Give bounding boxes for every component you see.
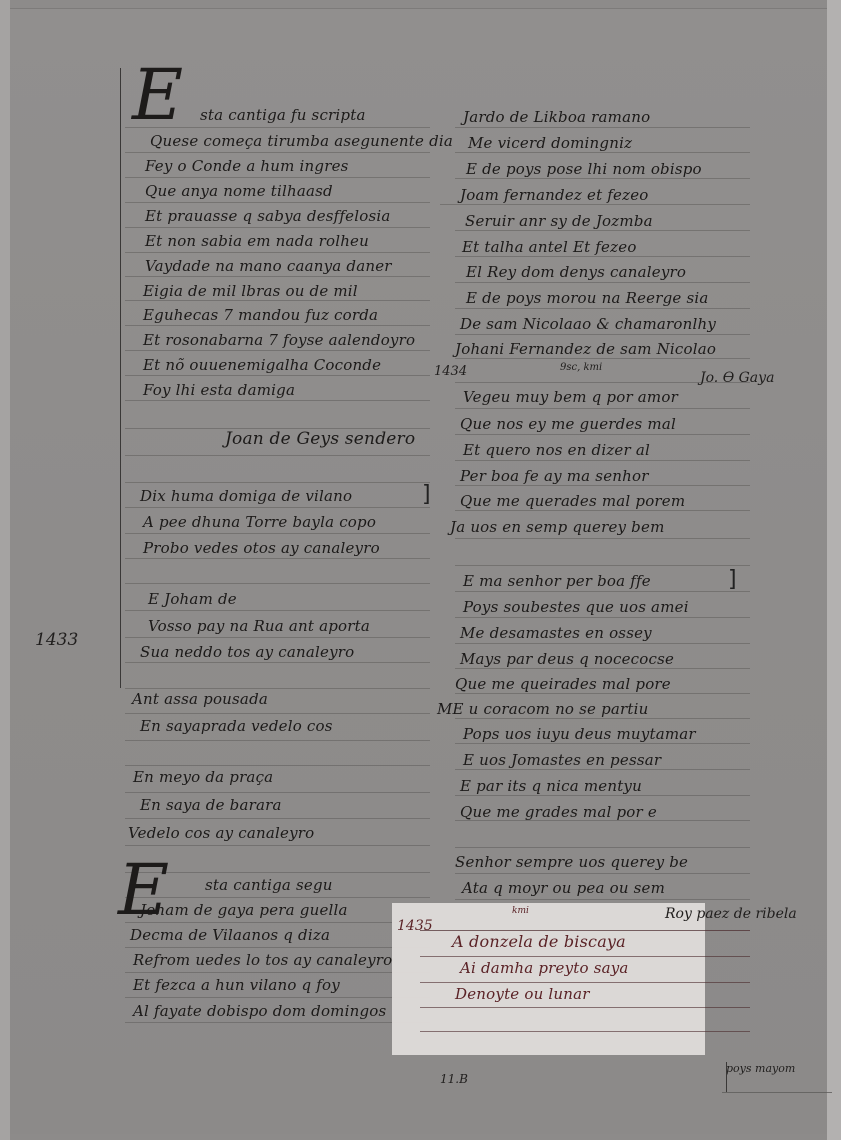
verse-line: Quese começa tirumba asegunente dia [150, 132, 453, 150]
year-note: 1434 [434, 364, 467, 379]
verse-line: El Rey dom denys canaleyro [466, 263, 686, 281]
verse-line: Et non sabia em nada rolheu [145, 232, 369, 250]
rubric-note: kmi [512, 906, 529, 916]
verse-line: Que nos ey me guerdes mal [460, 415, 676, 433]
bracket-mark: ] [728, 567, 737, 592]
year-note: 1433 [35, 630, 78, 650]
verse-line: Foy lhi esta damiga [143, 381, 295, 399]
verse-line: E de poys pose lhi nom obispo [466, 160, 702, 178]
verse-line: Vedelo cos ay canaleyro [128, 824, 314, 842]
verse-line: De sam Nicolaao & chamaronlhy [460, 315, 716, 333]
page-edge [827, 0, 841, 1140]
author-attribution: Joan de Geys sendero [225, 430, 415, 448]
verse-line: Vosso pay na Rua ant aporta [148, 617, 370, 635]
verse-line: Pops uos iuyu deus muytamar [463, 725, 696, 743]
verse-line: Decma de Vilaanos q diza [130, 926, 330, 944]
year-note: 1435 [397, 918, 433, 934]
verse-line: Sua neddo tos ay canaleyro [140, 643, 354, 661]
verse-line: Que anya nome tilhaasd [145, 182, 333, 200]
catchword-bracket [726, 1062, 727, 1092]
verse-line: En meyo da praça [133, 768, 273, 786]
verse-line: Et nõ ouuenemigalha Coconde [143, 356, 381, 374]
verse-line: E par its q nica mentyu [460, 777, 642, 795]
verse-line: Que me grades mal por e [460, 803, 657, 821]
verse-line: Seruir anr sy de Jozmba [465, 212, 653, 230]
verse-line: Et prauasse q sabya desffelosia [145, 207, 391, 225]
decorated-initial: E [132, 60, 183, 130]
binding-edge [0, 0, 10, 1140]
verse-line: A donzela de biscaya [452, 933, 626, 951]
verse-line: Vaydade na mano caanya daner [145, 257, 392, 275]
verse-line: Per boa fe ay ma senhor [460, 467, 649, 485]
verse-line: A pee dhuna Torre bayla copo [143, 513, 376, 531]
verse-line: Joham de gaya pera guella [140, 901, 348, 919]
verse-line: E uos Jomastes en pessar [463, 751, 661, 769]
manuscript-page: E sta cantiga fu scripta Quese começa ti… [0, 0, 841, 1140]
verse-line: Eguhecas 7 mandou fuz corda [143, 306, 378, 324]
margin-rule [120, 68, 121, 688]
verse-line: Probo vedes otos ay canaleyro [143, 539, 380, 557]
verse-line: sta cantiga segu [205, 876, 333, 894]
verse-line: Me vicerd domingniz [468, 134, 632, 152]
rubric-note: 9sc, kmi [560, 362, 602, 373]
author-attribution: Roy paez de ribela [665, 906, 797, 922]
verse-line: E ma senhor per boa ffe [463, 572, 651, 590]
verse-line: Que me querades mal porem [460, 492, 685, 510]
verse-line: Et quero nos en dizer al [463, 441, 650, 459]
verse-line: Vegeu muy bem q por amor [463, 388, 678, 406]
verse-line: Que me queirades mal pore [455, 675, 671, 693]
verse-line: Ant assa pousada [132, 690, 268, 708]
verse-line: ME u coracom no se partiu [437, 700, 648, 718]
verse-line: Al fayate dobispo dom domingos [133, 1002, 386, 1020]
verse-line: Ja uos en semp querey bem [450, 518, 665, 536]
verse-line: En saya de barara [140, 796, 282, 814]
catchword: poys mayom [726, 1062, 795, 1075]
verse-line: Et rosonabarna 7 foyse aalendoyro [143, 331, 415, 349]
verse-line: Me desamastes en ossey [460, 624, 652, 642]
verse-line: E de poys morou na Reerge sia [466, 289, 709, 307]
verse-line: Et fezca a hun vilano q foy [133, 976, 340, 994]
verse-line: Joam fernandez et fezeo [460, 186, 649, 204]
verse-line: Johani Fernandez de sam Nicolao [455, 340, 716, 358]
verse-line: sta cantiga fu scripta [200, 106, 366, 124]
verse-line: E Joham de [148, 590, 237, 608]
verse-line: Eigia de mil lbras ou de mil [143, 282, 358, 300]
verse-line: En sayaprada vedelo cos [140, 717, 333, 735]
verse-line: Poys soubestes que uos amei [463, 598, 689, 616]
verse-line: Jardo de Likboa ramano [463, 108, 650, 126]
folio-number: 11.B [440, 1072, 468, 1086]
verse-line: Mays par deus q nocecocse [460, 650, 674, 668]
bracket-mark: ] [422, 482, 431, 507]
verse-line: Ai damha preyto saya [460, 959, 629, 977]
verse-line: Senhor sempre uos querey be [455, 853, 688, 871]
highlighted-region [392, 903, 705, 1055]
verse-line: Et talha antel Et fezeo [462, 238, 637, 256]
verse-line: Ata q moyr ou pea ou sem [462, 879, 665, 897]
verse-line: Fey o Conde a hum ingres [145, 157, 349, 175]
author-attribution: Jo. Ѳ Gaya [700, 370, 774, 386]
verse-line: Dix huma domiga de vilano [140, 487, 352, 505]
verse-line: Refrom uedes lo tos ay canaleyro [133, 951, 392, 969]
verse-line: Denoyte ou lunar [455, 985, 590, 1003]
